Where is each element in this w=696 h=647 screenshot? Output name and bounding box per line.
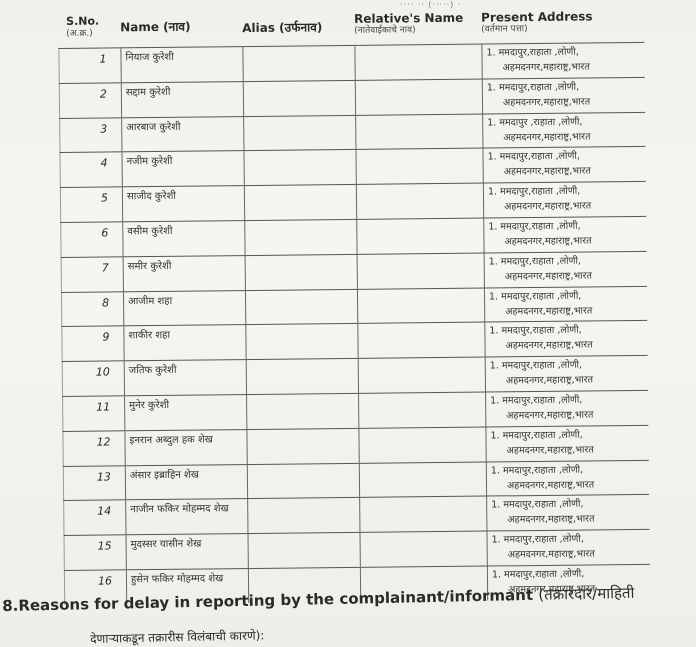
- row-sno: 13: [63, 466, 125, 500]
- row-relative: [356, 184, 483, 219]
- row-address: 1. ममदापुर,राहाता ,लोणी,अहमदनगर,महाराष्ट…: [484, 321, 647, 357]
- row-address: 1. ममदापुर,राहाता ,लोणी,अहमदनगर,महाराष्ट…: [486, 460, 649, 496]
- row-name: वसीम कुरेशी: [122, 221, 244, 256]
- table-row: 2 सद्दाम कुरेशी 1. ममदापुर,राहाता ,लोणी,…: [59, 77, 645, 118]
- row-relative: [357, 323, 484, 358]
- row-address: 1. ममदापुर,राहाता ,लोणी,अहमदनगर,महाराष्ट…: [483, 217, 646, 253]
- row-relative: [358, 358, 485, 393]
- table-row: 12 इनरान अब्दुल हक शेख 1. ममदापुर,राहाता…: [62, 425, 648, 466]
- row-address: 1. ममदापुर ,राहाता ,लोणी,अहमदनगर,महाराष्…: [482, 112, 645, 148]
- row-relative: [355, 149, 482, 184]
- table-row: 14 नाजीन फकिर मोहम्मद शेख 1. ममदापुर,राह…: [63, 494, 649, 535]
- row-relative: [359, 497, 486, 532]
- row-name: आरबाज कुरेशी: [121, 117, 243, 152]
- row-name: नजीम कुरेशी: [121, 151, 243, 186]
- row-relative: [355, 114, 482, 149]
- row-alias: [245, 324, 357, 359]
- row-name: इनरान अब्दुल हक शेख: [124, 430, 246, 465]
- row-relative: [359, 462, 486, 497]
- row-sno: 9: [61, 327, 123, 361]
- row-sno: 11: [62, 396, 124, 430]
- row-name: शाकीर शहा: [123, 325, 245, 360]
- header-name: Name (नाव): [120, 8, 242, 33]
- table-row: 1 नियाज कुरेशी 1. ममदापुर,राहाता ,लोणी,अ…: [58, 42, 644, 83]
- table-row: 7 समीर कुरेशी 1. ममदापुर,राहाता ,लोणी,अह…: [61, 251, 647, 292]
- row-sno: 3: [59, 118, 121, 152]
- row-alias: [243, 81, 355, 116]
- row-sno: 5: [60, 188, 122, 222]
- row-alias: [247, 533, 359, 568]
- row-name: सद्दाम कुरेशी: [121, 82, 243, 117]
- row-sno: 15: [64, 535, 126, 569]
- row-name: मुनेर कुरेशी: [124, 395, 246, 430]
- row-name: मुदस्सर यासीन शेख: [126, 534, 248, 569]
- table-row: 10 जतिफ कुरेशी 1. ममदापुर,राहाता ,लोणी,अ…: [62, 355, 648, 396]
- row-name: जतिफ कुरेशी: [124, 360, 246, 395]
- table-header: S.No.(अ.क्र.) Name (नाव) Alias (उर्फनाव)…: [58, 4, 644, 48]
- row-sno: 7: [61, 257, 123, 291]
- row-address: 1. ममदापुर,राहाता ,लोणी,अहमदनगर,महाराष्ट…: [483, 182, 646, 218]
- row-alias: [243, 150, 355, 185]
- row-relative: [359, 532, 486, 567]
- row-address: 1. ममदापुर,राहाता ,लोणी,अहमदनगर,महाराष्ट…: [481, 43, 644, 79]
- row-address: 1. ममदापुर,राहाता ,लोणी,अहमदनगर,महाराष्ट…: [485, 426, 648, 462]
- table-row: 15 मुदस्सर यासीन शेख 1. ममदापुर,राहाता ,…: [63, 529, 649, 570]
- table-row: 11 मुनेर कुरेशी 1. ममदापुर,राहाता ,लोणी,…: [62, 390, 648, 431]
- row-sno: 1: [58, 48, 120, 82]
- row-name: नियाज कुरेशी: [120, 47, 242, 82]
- row-sno: 12: [62, 431, 124, 465]
- row-sno: 14: [63, 501, 125, 535]
- row-alias: [247, 463, 359, 498]
- row-name: आजीम शहा: [123, 291, 245, 326]
- row-relative: [357, 253, 484, 288]
- row-sno: 10: [62, 362, 124, 396]
- header-alias: Alias (उर्फनाव): [242, 7, 354, 34]
- table-row: 8 आजीम शहा 1. ममदापुर,राहाता ,लोणी,अहमदन…: [61, 285, 647, 326]
- row-sno: 8: [61, 292, 123, 326]
- row-alias: [244, 185, 356, 220]
- row-alias: [245, 289, 357, 324]
- table-row: 5 साजीद कुरेशी 1. ममदापुर,राहाता ,लोणी,अ…: [60, 181, 646, 222]
- row-relative: [355, 79, 482, 114]
- table-body: 1 नियाज कुरेशी 1. ममदापुर,राहाता ,लोणी,अ…: [58, 42, 650, 605]
- row-address: 1. ममदापुर,राहाता ,लोणी,अहमदनगर,महाराष्ट…: [484, 252, 647, 288]
- row-address: 1. ममदापुर,राहाता ,लोणी,अहमदनगर,महाराष्ट…: [486, 530, 649, 566]
- row-address: 1. ममदापुर,राहाता ,लोणी,अहमदनगर,महाराष्ट…: [486, 495, 649, 531]
- row-name: नाजीन फकिर मोहम्मद शेख: [125, 499, 247, 534]
- row-alias: [246, 359, 358, 394]
- row-alias: [246, 429, 358, 464]
- table-row: 4 नजीम कुरेशी 1. ममदापुर,राहाता ,लोणी,अह…: [59, 146, 645, 187]
- row-sno: 4: [60, 153, 122, 187]
- row-name: अंसार इब्राहिन शेख: [125, 465, 247, 500]
- row-relative: [356, 219, 483, 254]
- row-address: 1. ममदापुर,राहाता ,लोणी,अहमदनगर,महाराष्ट…: [482, 147, 645, 183]
- row-alias: [246, 394, 358, 429]
- row-name: साजीद कुरेशी: [122, 186, 244, 221]
- row-address: 1. ममदापुर,राहाता ,लोणी,अहमदनगर,महाराष्ट…: [485, 391, 648, 427]
- header-sno: S.No.(अ.क्र.): [58, 9, 120, 40]
- row-sno: 6: [60, 222, 122, 256]
- row-alias: [245, 255, 357, 290]
- table-row: 13 अंसार इब्राहिन शेख 1. ममदापुर,राहाता …: [63, 459, 649, 500]
- header-relative: Relative's Name(नातेवाईकाचे नाव): [354, 6, 481, 37]
- row-address: 1. ममदापुर,राहाता ,लोणी,अहमदनगर,महाराष्ट…: [485, 356, 648, 392]
- row-relative: [357, 288, 484, 323]
- table-row: 9 शाकीर शहा 1. ममदापुर,राहाता ,लोणी,अहमद…: [61, 320, 647, 361]
- row-alias: [242, 46, 354, 81]
- header-address: Present Address(वर्तमान पत्ता): [481, 4, 644, 36]
- table-row: 6 वसीम कुरेशी 1. ममदापुर,राहाता ,लोणी,अह…: [60, 216, 646, 257]
- row-alias: [244, 220, 356, 255]
- row-relative: [358, 393, 485, 428]
- section-8-subline: देणाऱ्याकडून तक्रारीस विलंबाची कारणे):: [90, 626, 265, 647]
- row-relative: [354, 45, 481, 80]
- table-row: 3 आरबाज कुरेशी 1. ममदापुर ,राहाता ,लोणी,…: [59, 111, 645, 152]
- document-page: ···· ·· (·····) · S.No.(अ.क्र.) Name (ना…: [0, 0, 696, 647]
- row-name: समीर कुरेशी: [123, 256, 245, 291]
- row-alias: [243, 115, 355, 150]
- row-address: 1. ममदापुर,राहाता ,लोणी,अहमदनगर,महाराष्ट…: [482, 78, 645, 114]
- row-address: 1. ममदापुर,राहाता ,लोणी,अहमदनगर,महाराष्ट…: [484, 286, 647, 322]
- row-sno: 2: [59, 83, 121, 117]
- row-relative: [358, 427, 485, 462]
- accused-table: S.No.(अ.क्र.) Name (नाव) Alias (उर्फनाव)…: [58, 4, 650, 605]
- row-alias: [247, 498, 359, 533]
